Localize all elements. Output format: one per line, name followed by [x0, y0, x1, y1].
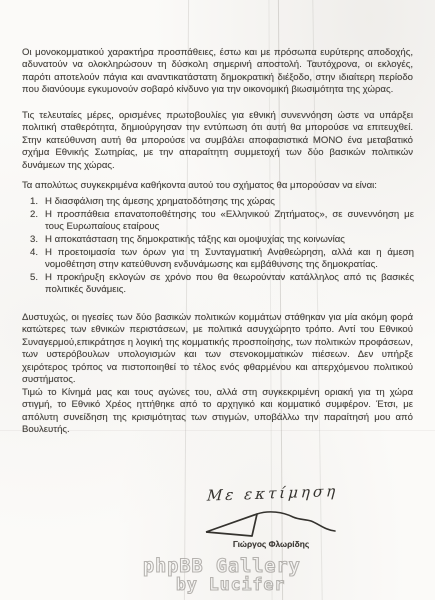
signatory-name: Γιώργος Φλωρίδης — [211, 539, 331, 549]
task-number: 3. — [30, 234, 45, 246]
watermark-line-1: phpBB Gallery — [143, 556, 301, 577]
paragraph-1: Οι μονοκομματικού χαρακτήρα προσπάθειες,… — [22, 47, 413, 97]
task-number: 5. — [30, 272, 45, 296]
closing-salutation-handwritten: Με εκτίμηση — [206, 481, 357, 504]
task-item-1: 1. Η διασφάλιση της άμεσης χρηματοδότηση… — [30, 196, 414, 208]
tasks-intro: Τα απολύτως συγκεκριμένα καθήκοντα αυτού… — [22, 180, 413, 192]
task-text: Η προκήρυξη εκλογών σε χρόνο που θα θεωρ… — [45, 272, 414, 296]
watermark-line-2: by Lucifer — [176, 575, 285, 594]
task-text: Η αποκατάσταση της δημοκρατικής τάξης κα… — [45, 234, 414, 246]
scanned-letter-page: Οι μονοκομματικού χαρακτήρα προσπάθειες,… — [0, 0, 435, 600]
task-item-3: 3. Η αποκατάσταση της δημοκρατικής τάξης… — [30, 234, 414, 246]
task-number: 2. — [30, 209, 45, 233]
tasks-list: 1. Η διασφάλιση της άμεσης χρηματοδότηση… — [30, 196, 414, 297]
task-item-4: 4. Η προετοιμασία των όρων για τη Συνταγ… — [30, 247, 414, 271]
task-text: Η προσπάθεια επανατοποθέτησης του «Ελλην… — [45, 209, 414, 233]
task-number: 4. — [30, 247, 45, 271]
task-text: Η διασφάλιση της άμεσης χρηματοδότησης τ… — [45, 196, 414, 208]
task-item-2: 2. Η προσπάθεια επανατοποθέτησης του «Ελ… — [30, 209, 414, 233]
paragraph-4: Τιμώ το Κίνημά μας και τους αγώνες του, … — [22, 387, 413, 437]
task-item-5: 5. Η προκήρυξη εκλογών σε χρόνο που θα θ… — [30, 272, 414, 296]
task-text: Η προετοιμασία των όρων για τη Συνταγματ… — [45, 247, 414, 271]
paragraph-2: Τις τελευταίες μέρες, ορισμένες πρωτοβου… — [22, 110, 413, 172]
paragraph-3: Δυστυχώς, οι ηγεσίες των δύο βασικών πολ… — [22, 312, 413, 386]
task-number: 1. — [30, 196, 45, 208]
